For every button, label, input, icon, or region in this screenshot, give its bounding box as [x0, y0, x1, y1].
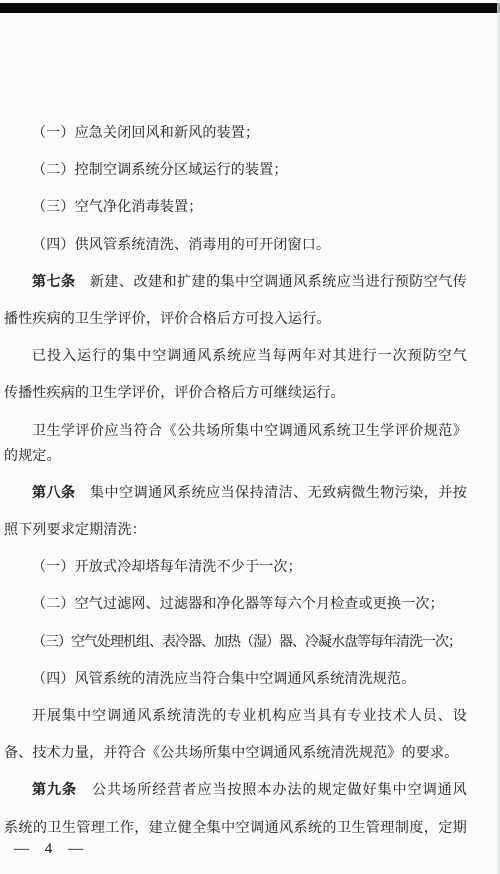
- line-text: （四）供风管系统清洗、消毒用的可开闭窗口。: [32, 238, 330, 253]
- scan-top-bar-artifact: [0, 3, 500, 13]
- article-number: 第七条: [32, 275, 76, 290]
- document-line: 已投入运行的集中空调通风系统应当每两年对其进行一次预防空气: [4, 338, 467, 375]
- line-text: 集中空调通风系统应当保持清洁、无致病微生物污染，并按: [76, 486, 467, 501]
- line-text: 公共场所经营者应当按照本办法的规定做好集中空调通风: [77, 783, 467, 798]
- document-line: 第八条 集中空调通风系统应当保持清洁、无致病微生物污染，并按: [4, 475, 467, 512]
- document-line: 播性疾病的卫生学评价，评价合格后方可投入运行。: [4, 301, 467, 338]
- line-text: 开展集中空调通风系统清洗的专业机构应当具有专业技术人员、设: [32, 709, 467, 724]
- document-line: （三）空气净化消毒装置；: [4, 189, 467, 226]
- document-line: 备、技术力量，并符合《公共场所集中空调通风系统清洗规范》的要求。: [4, 735, 467, 772]
- document-line: 传播性疾病的卫生学评价，评价合格后方可继续运行。: [4, 375, 467, 412]
- document-line: （四）供风管系统清洗、消毒用的可开闭窗口。: [4, 227, 467, 264]
- line-text: （四）风管系统的清洗应当符合集中空调通风系统清洗规范。: [32, 672, 415, 687]
- line-text: 系统的卫生管理工作，建立健全集中空调通风系统的卫生管理制度，定期: [4, 821, 467, 836]
- document-line: （四）风管系统的清洗应当符合集中空调通风系统清洗规范。: [4, 661, 467, 698]
- scanned-document-page: （一）应急关闭回风和新风的装置；（二）控制空调系统分区域运行的装置；（三）空气净…: [0, 0, 500, 874]
- article-number: 第九条: [32, 783, 77, 798]
- document-line: 第九条 公共场所经营者应当按照本办法的规定做好集中空调通风: [4, 772, 467, 809]
- line-text: （二）控制空调系统分区域运行的装置；: [32, 163, 288, 178]
- document-body: （一）应急关闭回风和新风的装置；（二）控制空调系统分区域运行的装置；（三）空气净…: [0, 13, 500, 847]
- line-text: （一）开放式冷却塔每年清洗不少于一次；: [32, 560, 302, 575]
- document-line: （二）控制空调系统分区域运行的装置；: [4, 152, 467, 189]
- line-text: 播性疾病的卫生学评价，评价合格后方可投入运行。: [4, 312, 331, 327]
- line-text: 卫生学评价应当符合《公共场所集中空调通风系统卫生学评价规范》: [32, 424, 467, 439]
- document-line: 照下列要求定期清洗：: [4, 512, 467, 549]
- page-number: — 4 —: [14, 841, 88, 858]
- line-text: 备、技术力量，并符合《公共场所集中空调通风系统清洗规范》的要求。: [4, 746, 458, 761]
- document-line: 开展集中空调通风系统清洗的专业机构应当具有专业技术人员、设: [4, 698, 467, 735]
- line-text: （二）空气过滤网、过滤器和净化器等每六个月检查或更换一次；: [32, 597, 444, 612]
- line-text: 已投入运行的集中空调通风系统应当每两年对其进行一次预防空气: [32, 349, 467, 364]
- document-line: （一）开放式冷却塔每年清洗不少于一次；: [4, 549, 467, 586]
- line-text: （三）空气净化消毒装置；: [32, 200, 202, 215]
- line-text: 的规定。: [4, 449, 61, 464]
- line-text: 新建、改建和扩建的集中空调通风系统应当进行预防空气传: [76, 275, 467, 290]
- document-line: （三）空气处理机组、表冷器、加热（湿）器、冷凝水盘等每年清洗一次；: [4, 624, 467, 661]
- document-line: 第七条 新建、改建和扩建的集中空调通风系统应当进行预防空气传: [4, 264, 467, 301]
- document-line: 卫生学评价应当符合《公共场所集中空调通风系统卫生学评价规范》: [4, 413, 467, 450]
- article-number: 第八条: [32, 486, 76, 501]
- document-line: （二）空气过滤网、过滤器和净化器等每六个月检查或更换一次；: [4, 586, 467, 623]
- line-text: （三）空气处理机组、表冷器、加热（湿）器、冷凝水盘等每年清洗一次；: [32, 635, 461, 650]
- line-text: 照下列要求定期清洗：: [4, 523, 146, 538]
- document-line: （一）应急关闭回风和新风的装置；: [4, 115, 467, 152]
- line-text: （一）应急关闭回风和新风的装置；: [32, 126, 259, 141]
- line-text: 传播性疾病的卫生学评价，评价合格后方可继续运行。: [4, 386, 345, 401]
